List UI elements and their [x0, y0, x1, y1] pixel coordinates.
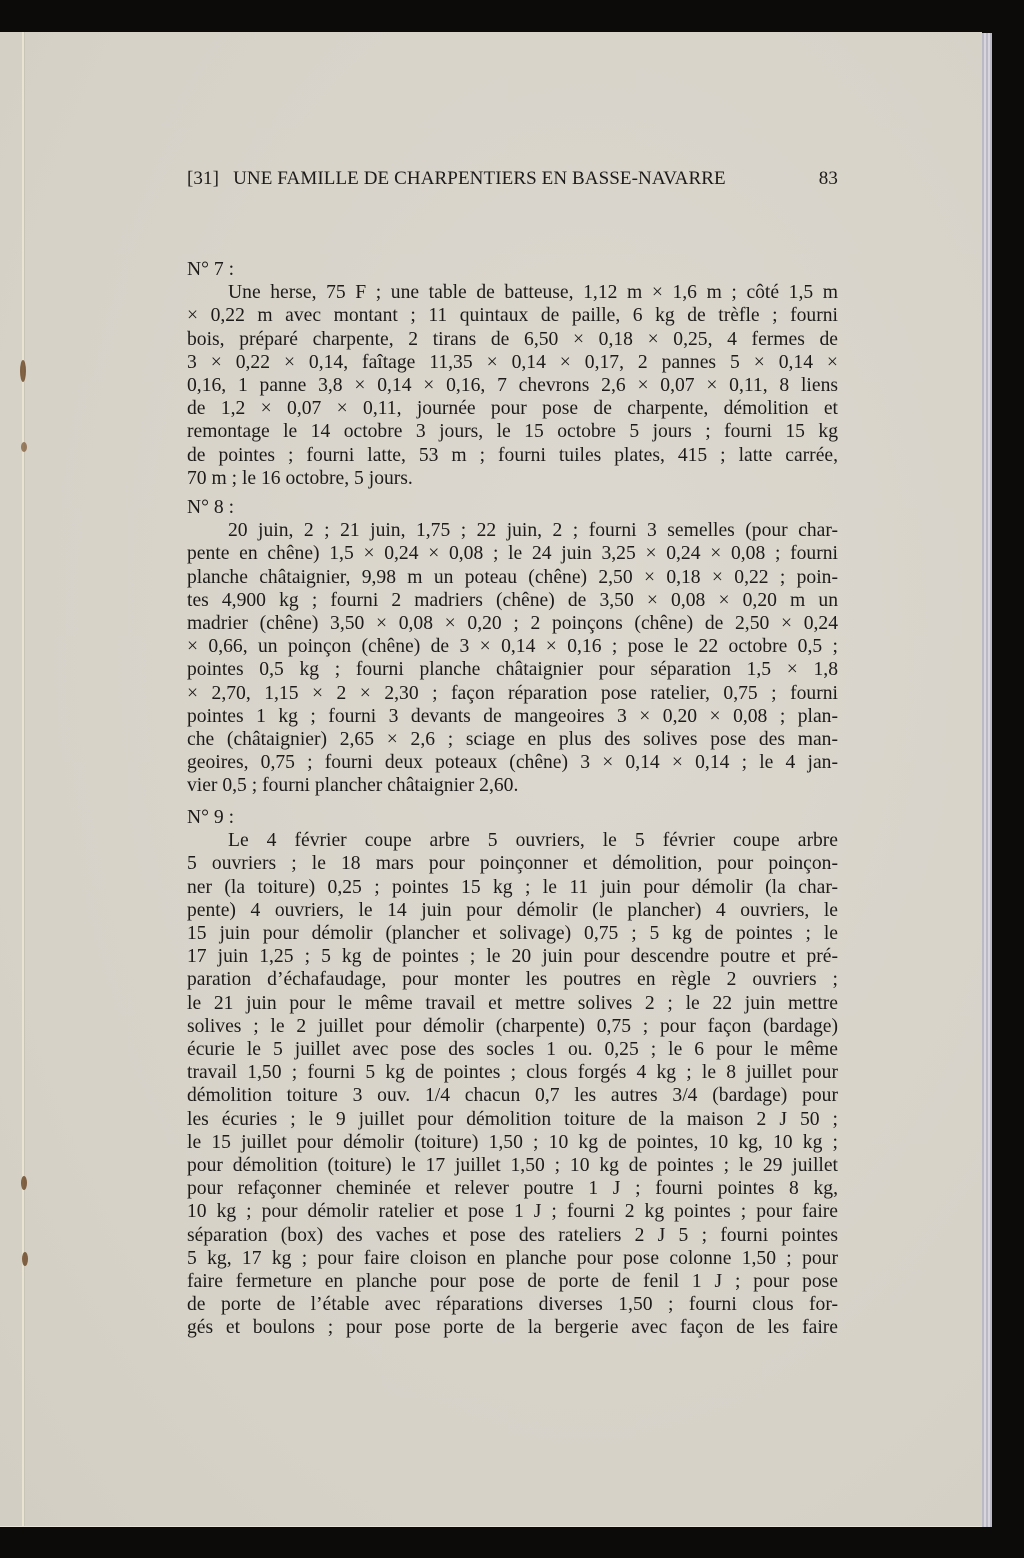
text-line: paration d’échafaudage, pour monter les …	[187, 968, 838, 991]
text-line: pente) 4 ouvriers, le 14 juin pour démol…	[187, 899, 838, 922]
text-line: de 1,2 × 0,07 × 0,11, journée pour pose …	[187, 397, 838, 420]
running-head-title-group: [31] UNE FAMILLE DE CHARPENTIERS EN BASS…	[187, 168, 726, 190]
text-line: démolition toiture 3 ouv. 1/4 chacun 0,7…	[187, 1084, 838, 1107]
text-line: planche châtaignier, 9,98 m un poteau (c…	[187, 566, 838, 589]
entry-paragraph: 20 juin, 2 ; 21 juin, 1,75 ; 22 juin, 2 …	[187, 519, 838, 797]
text-line: de pointes ; fourni latte, 53 m ; fourni…	[187, 444, 838, 467]
text-line: solives ; le 2 juillet pour démolir (cha…	[187, 1015, 838, 1038]
page-number: 83	[819, 168, 838, 190]
rust-stain	[21, 1176, 27, 1190]
running-head: [31] UNE FAMILLE DE CHARPENTIERS EN BASS…	[187, 168, 838, 190]
text-line: 10 kg ; pour démolir ratelier et pose 1 …	[187, 1200, 838, 1223]
text-line: faire fermeture en planche pour pose de …	[187, 1270, 838, 1293]
text-line: les écuries ; le 9 juillet pour démoliti…	[187, 1108, 838, 1131]
text-line: 20 juin, 2 ; 21 juin, 1,75 ; 22 juin, 2 …	[187, 519, 838, 542]
scanned-book-page: [31] UNE FAMILLE DE CHARPENTIERS EN BASS…	[0, 0, 1024, 1558]
entry-no-8: N° 8 : 20 juin, 2 ; 21 juin, 1,75 ; 22 j…	[187, 496, 838, 798]
binding-gutter	[22, 32, 24, 1526]
text-line: bois, préparé charpente, 2 tirans de 6,5…	[187, 328, 838, 351]
entry-no-9: N° 9 : Le 4 février coupe arbre 5 ouvrie…	[187, 806, 838, 1340]
text-line: 5 ouvriers ; le 18 mars pour poinçonner …	[187, 852, 838, 875]
text-line: 0,16, 1 panne 3,8 × 0,14 × 0,16, 7 chevr…	[187, 374, 838, 397]
entry-heading: N° 9 :	[187, 806, 838, 829]
text-line: × 2,70, 1,15 × 2 × 2,30 ; façon réparati…	[187, 682, 838, 705]
text-line: le 15 juillet pour démolir (toiture) 1,5…	[187, 1131, 838, 1154]
text-line: 3 × 0,22 × 0,14, faîtage 11,35 × 0,14 × …	[187, 351, 838, 374]
text-line: vier 0,5 ; fourni plancher châtaignier 2…	[187, 774, 838, 797]
rust-stain	[20, 360, 26, 382]
entry-heading: N° 8 :	[187, 496, 838, 519]
rust-stain	[22, 1252, 28, 1266]
text-line: Le 4 février coupe arbre 5 ouvriers, le …	[187, 829, 838, 852]
text-line: gés et boulons ; pour pose porte de la b…	[187, 1316, 838, 1339]
page-leaf-edge	[984, 33, 986, 1527]
text-line: séparation (box) des vaches et pose des …	[187, 1224, 838, 1247]
entry-no-7: N° 7 : Une herse, 75 F ; une table de ba…	[187, 258, 838, 490]
text-line: 70 m ; le 16 octobre, 5 jours.	[187, 467, 838, 490]
text-line: 17 juin 1,25 ; 5 kg de pointes ; le 20 j…	[187, 945, 838, 968]
text-line: ner (la toiture) 0,25 ; pointes 15 kg ; …	[187, 876, 838, 899]
text-line: che (châtaignier) 2,65 × 2,6 ; sciage en…	[187, 728, 838, 751]
running-head-title: UNE FAMILLE DE CHARPENTIERS EN BASSE-NAV…	[233, 168, 726, 190]
text-line: pente en chêne) 1,5 × 0,24 × 0,08 ; le 2…	[187, 542, 838, 565]
section-reference: [31]	[187, 168, 219, 190]
text-line: de porte de l’étable avec réparations di…	[187, 1293, 838, 1316]
text-line: remontage le 14 octobre 3 jours, le 15 o…	[187, 420, 838, 443]
text-line: le 21 juin pour le même travail et mettr…	[187, 992, 838, 1015]
text-line: pour refaçonner cheminée et relever pout…	[187, 1177, 838, 1200]
text-line: écurie le 5 juillet avec pose des socles…	[187, 1038, 838, 1061]
text-line: travail 1,50 ; fourni 5 kg de pointes ; …	[187, 1061, 838, 1084]
rust-stain	[21, 442, 27, 452]
text-line: madrier (chêne) 3,50 × 0,08 × 0,20 ; 2 p…	[187, 612, 838, 635]
text-line: × 0,22 m avec montant ; 11 quintaux de p…	[187, 304, 838, 327]
text-line: Une herse, 75 F ; une table de batteuse,…	[187, 281, 838, 304]
text-line: pour démolition (toiture) le 17 juillet …	[187, 1154, 838, 1177]
entry-paragraph: Le 4 février coupe arbre 5 ouvriers, le …	[187, 829, 838, 1339]
text-line: tes 4,900 kg ; fourni 2 madriers (chêne)…	[187, 589, 838, 612]
entry-paragraph: Une herse, 75 F ; une table de batteuse,…	[187, 281, 838, 490]
text-line: pointes 1 kg ; fourni 3 devants de mange…	[187, 705, 838, 728]
text-line: × 0,66, un poinçon (chêne) de 3 × 0,14 ×…	[187, 635, 838, 658]
text-line: pointes 0,5 kg ; fourni planche châtaign…	[187, 658, 838, 681]
text-line: 5 kg, 17 kg ; pour faire cloison en plan…	[187, 1247, 838, 1270]
text-line: 15 juin pour démolir (plancher et soliva…	[187, 922, 838, 945]
page-leaf-edge	[988, 33, 990, 1527]
entry-heading: N° 7 :	[187, 258, 838, 281]
text-line: geoires, 0,75 ; fourni deux poteaux (chê…	[187, 751, 838, 774]
